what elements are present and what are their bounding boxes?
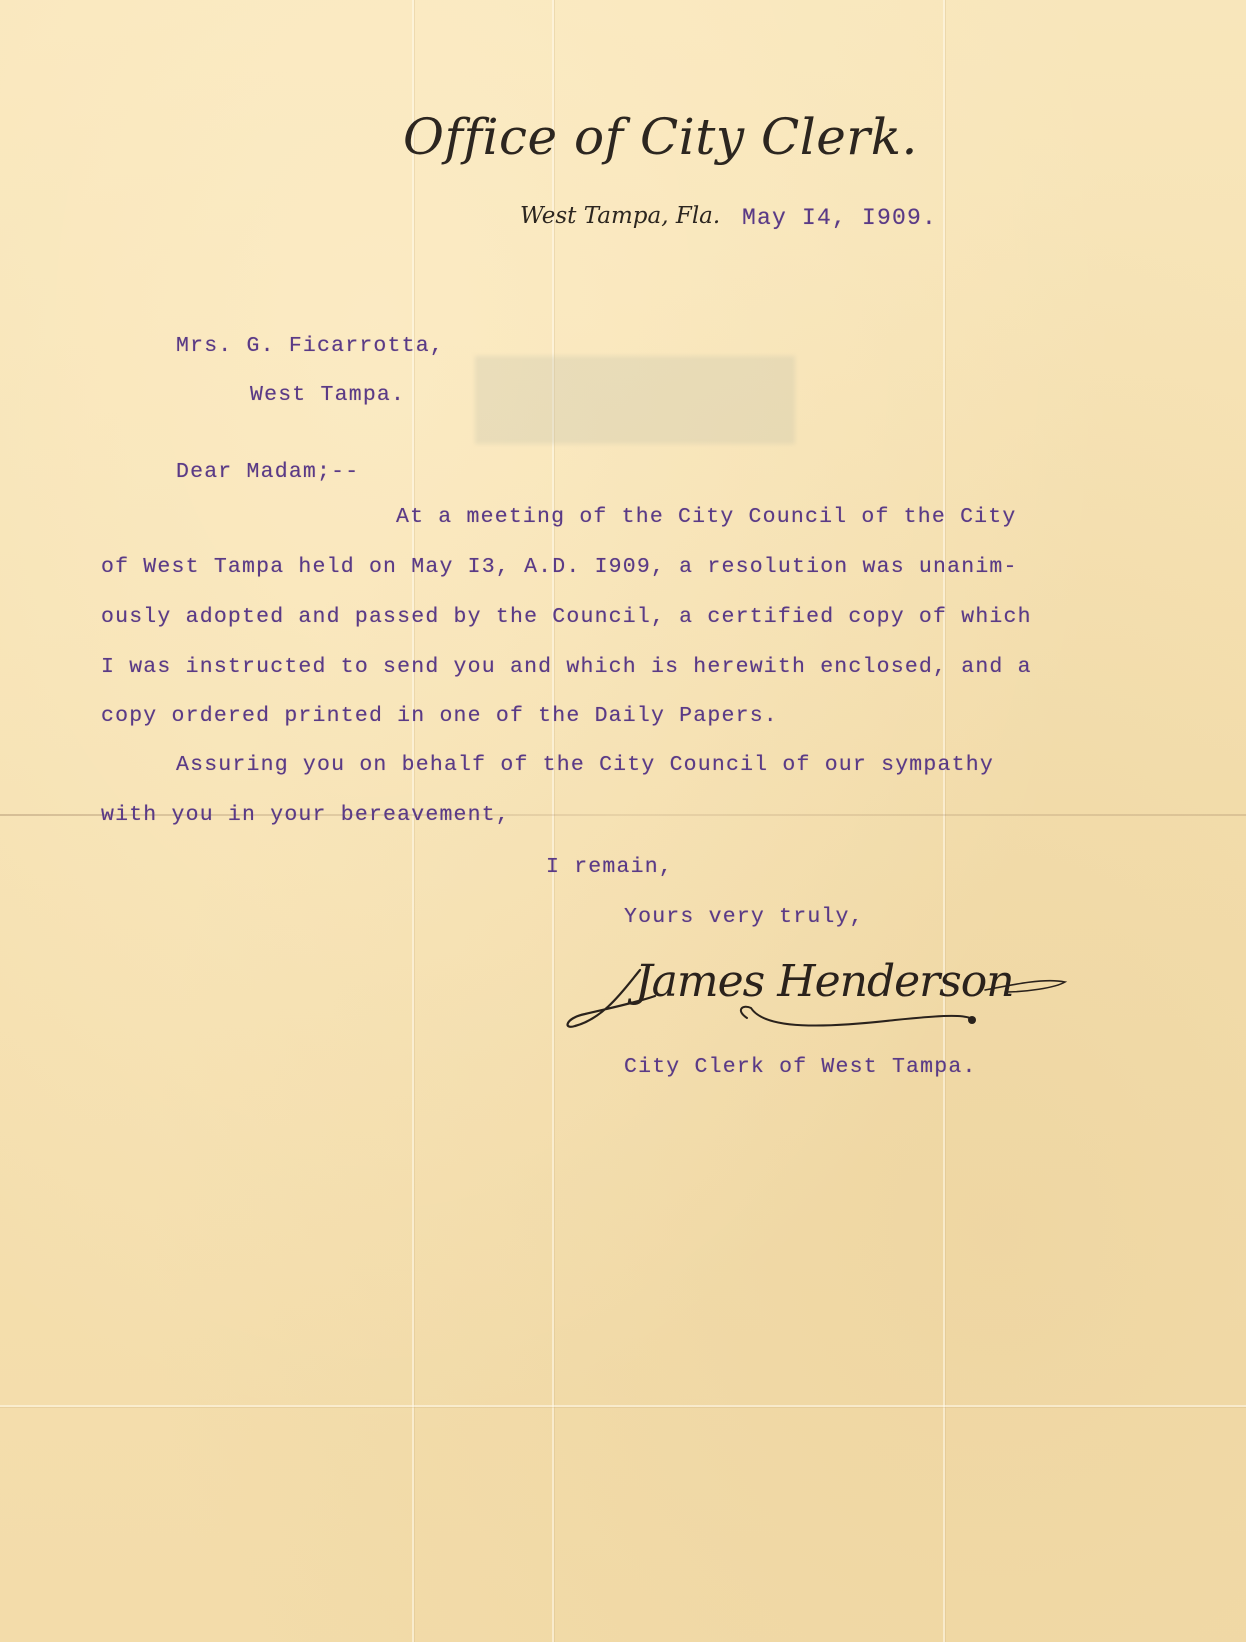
fold-crease xyxy=(943,0,945,1642)
recipient-city: West Tampa. xyxy=(250,383,405,407)
recipient-name: Mrs. G. Ficarrotta, xyxy=(176,334,444,358)
body-line: copy ordered printed in one of the Daily… xyxy=(101,704,778,728)
signer-title: City Clerk of West Tampa. xyxy=(624,1055,977,1079)
handwritten-signature: James Henderson xyxy=(565,948,1105,1038)
closing-line: Yours very truly, xyxy=(624,905,864,929)
body-line: ously adopted and passed by the Council,… xyxy=(101,605,1032,629)
body-line: Assuring you on behalf of the City Counc… xyxy=(176,753,994,777)
paper-stain xyxy=(475,356,795,444)
fold-crease xyxy=(0,1405,1246,1407)
signature-name: James Henderson xyxy=(635,956,1014,1007)
body-line: of West Tampa held on May I3, A.D. I909,… xyxy=(101,555,1018,579)
letterhead-place: West Tampa, Fla. xyxy=(520,203,720,229)
closing-line: I remain, xyxy=(546,855,673,879)
letterhead-title: Office of City Clerk. xyxy=(403,108,918,166)
letter-date: May I4, I909. xyxy=(742,205,937,231)
body-line: At a meeting of the City Council of the … xyxy=(396,505,1017,529)
body-line: I was instructed to send you and which i… xyxy=(101,655,1032,679)
body-line: with you in your bereavement, xyxy=(101,803,510,827)
fold-crease xyxy=(552,0,554,1642)
salutation: Dear Madam;-- xyxy=(176,460,359,484)
